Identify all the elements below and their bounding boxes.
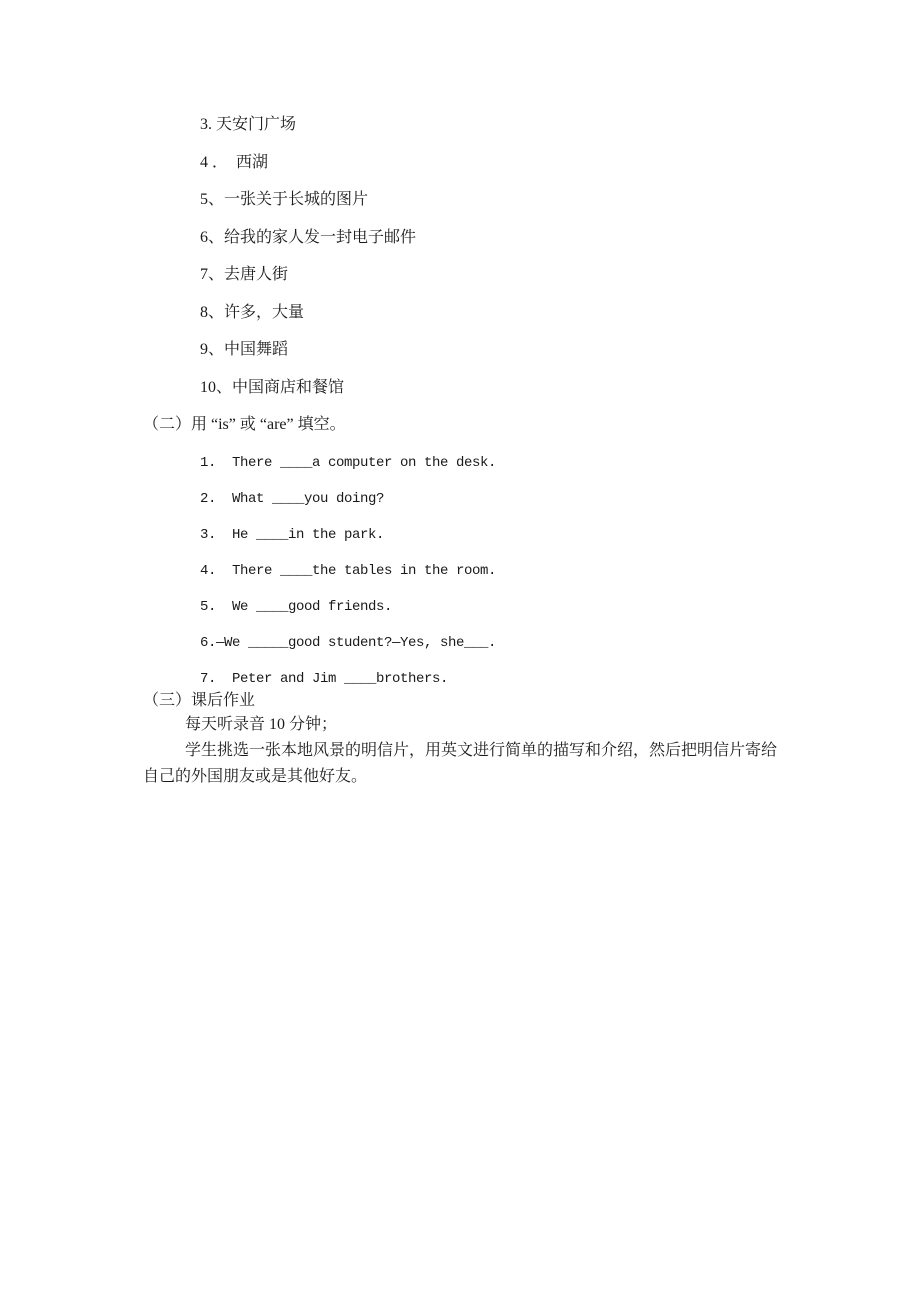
homework-line-2: 学生挑选一张本地风景的明信片，用英文进行简单的描写和介绍，然后把明信片寄给 [143, 738, 790, 764]
exercise-item-5: 5. We ____good friends. [200, 596, 790, 618]
phrase-item-10: 10、中国商店和餐馆 [200, 377, 790, 399]
phrase-item-9: 9、中国舞蹈 [200, 339, 790, 361]
homework-line-1: 每天听录音 10 分钟； [143, 712, 790, 738]
exercise-list: 1. There ____a computer on the desk. 2. … [143, 452, 790, 690]
phrase-list: 3. 天安门广场 4 ． 西湖 5、一张关于长城的图片 6、给我的家人发一封电子… [143, 114, 790, 399]
section-two-title: （二）用 “is” 或 “are” 填空。 [143, 414, 790, 436]
section-three-title: （三）课后作业 [143, 690, 790, 712]
exercise-item-6: 6.—We _____good student?—Yes, she___. [200, 632, 790, 654]
homework-block: 每天听录音 10 分钟； 学生挑选一张本地风景的明信片，用英文进行简单的描写和介… [143, 712, 790, 790]
exercise-item-4: 4. There ____the tables in the room. [200, 560, 790, 582]
phrase-item-4: 4 ． 西湖 [200, 152, 790, 174]
exercise-item-1: 1. There ____a computer on the desk. [200, 452, 790, 474]
exercise-item-7: 7. Peter and Jim ____brothers. [200, 668, 790, 690]
phrase-item-6: 6、给我的家人发一封电子邮件 [200, 227, 790, 249]
phrase-item-8: 8、许多，大量 [200, 302, 790, 324]
phrase-item-7: 7、去唐人街 [200, 264, 790, 286]
document-content: 3. 天安门广场 4 ． 西湖 5、一张关于长城的图片 6、给我的家人发一封电子… [0, 0, 790, 790]
exercise-item-3: 3. He ____in the park. [200, 524, 790, 546]
document-page: 3. 天安门广场 4 ． 西湖 5、一张关于长城的图片 6、给我的家人发一封电子… [0, 0, 920, 1302]
exercise-item-2: 2. What ____you doing? [200, 488, 790, 510]
phrase-item-3: 3. 天安门广场 [200, 114, 790, 136]
homework-line-3: 自己的外国朋友或是其他好友。 [143, 764, 790, 790]
phrase-item-5: 5、一张关于长城的图片 [200, 189, 790, 211]
